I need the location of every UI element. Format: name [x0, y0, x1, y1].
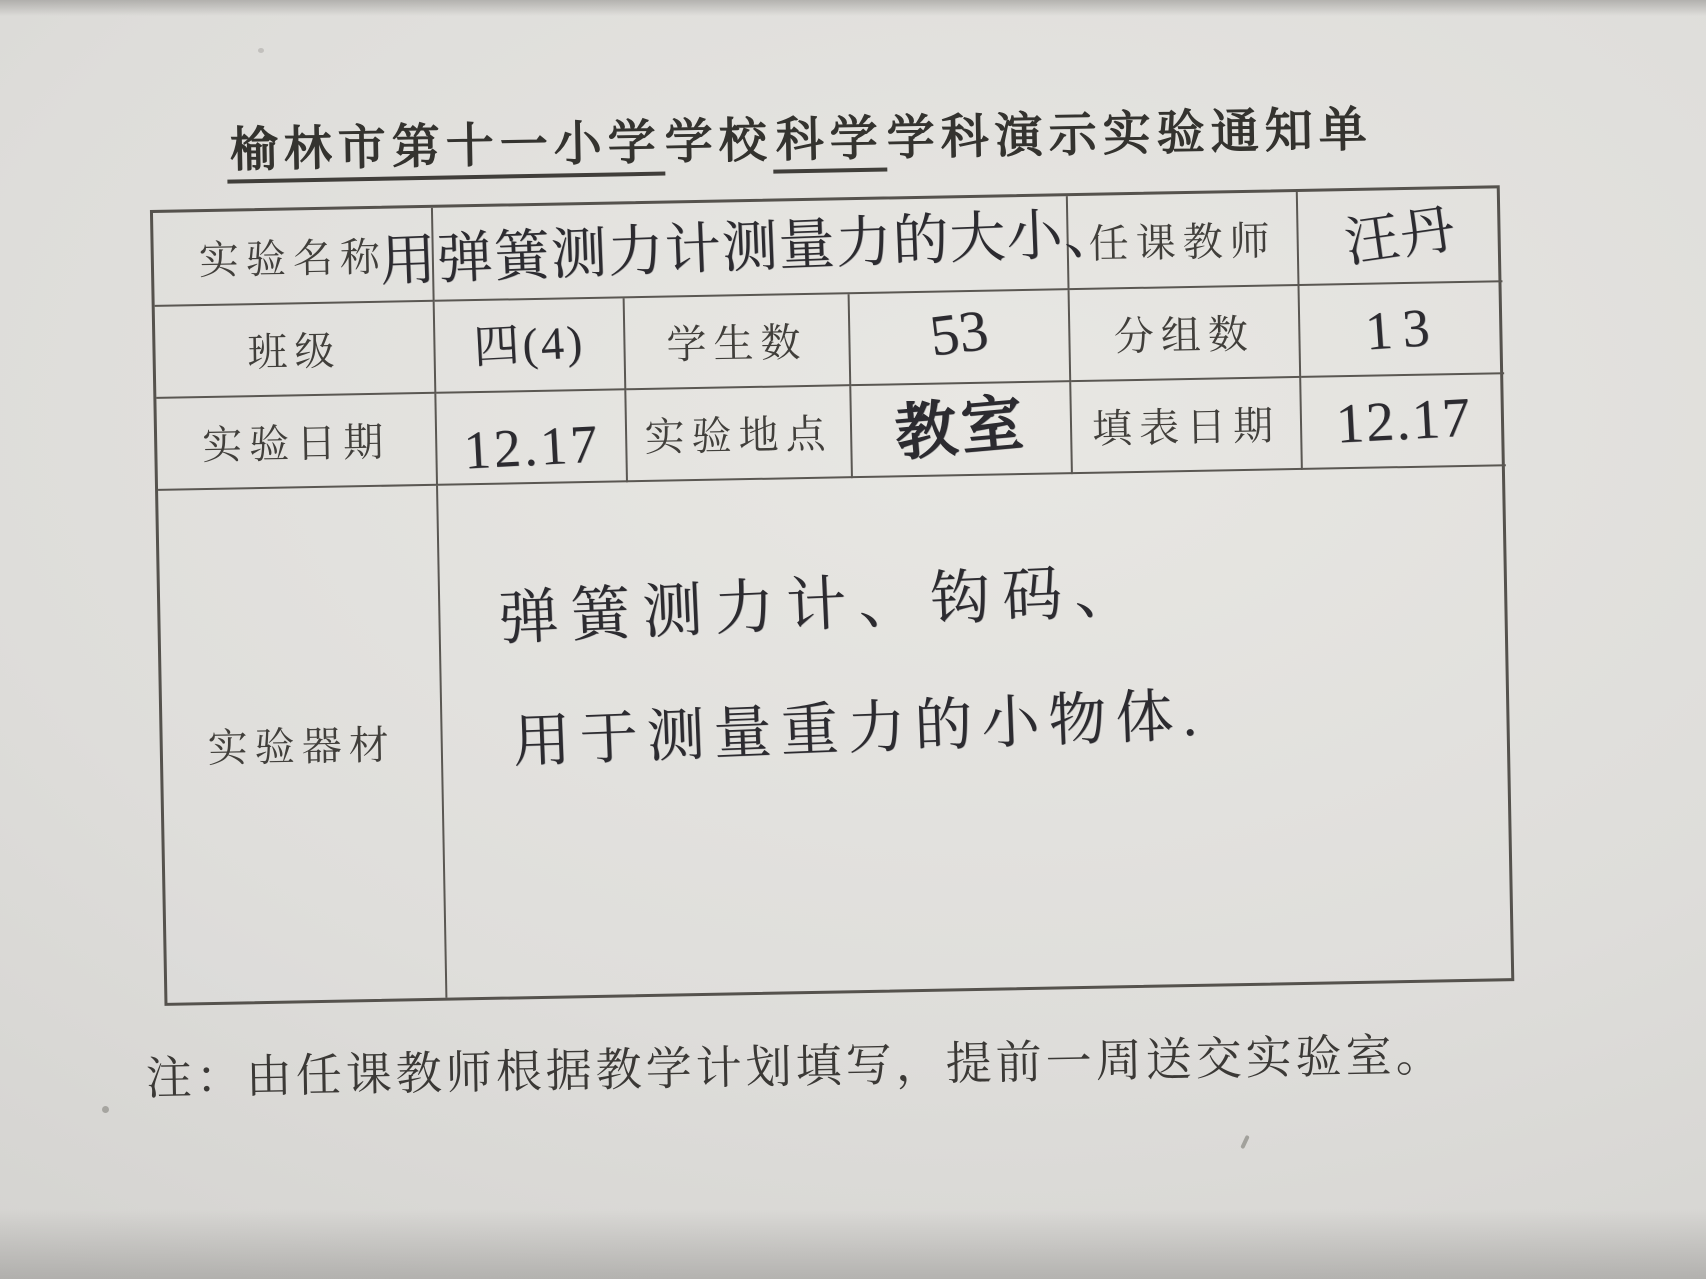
value-class: 四(4)	[435, 298, 627, 393]
paper-speck	[258, 48, 264, 53]
handwritten-student-count: 53	[927, 300, 992, 365]
handwritten-experiment-location: 教室	[893, 392, 1030, 465]
value-teacher: 汪丹	[1298, 188, 1503, 286]
value-experiment-location: 教室	[851, 382, 1073, 478]
title-school-suffix: 学校	[664, 115, 773, 170]
handwritten-fill-date: 12.17	[1334, 389, 1473, 452]
value-equipment: 弹簧测力计、钩码、 用于测量重力的小物体.	[438, 466, 1515, 997]
experiment-notice-table: 实验名称 用弹簧测力计测量力的大小、 任课教师 汪丹 班级 四(4) 学生数 5…	[150, 185, 1514, 1006]
handwritten-equipment-line-1: 弹簧测力计、钩码、	[497, 560, 1147, 649]
handwritten-class: 四(4)	[472, 319, 586, 371]
value-experiment-name: 用弹簧测力计测量力的大小、	[433, 196, 1070, 302]
label-student-count: 学生数	[625, 294, 852, 390]
paper-speck	[102, 1106, 109, 1113]
handwritten-teacher-signature: 汪丹	[1341, 201, 1459, 270]
paper-speck	[1240, 1135, 1250, 1149]
value-fill-date: 12.17	[1301, 374, 1506, 470]
value-student-count: 53	[850, 290, 1072, 386]
handwritten-experiment-date: 12.17	[462, 416, 601, 477]
handwritten-experiment-name: 用弹簧测力计测量力的大小、	[379, 205, 1122, 290]
value-experiment-date: 12.17	[436, 390, 628, 485]
handwritten-group-count: 13	[1363, 299, 1441, 358]
label-experiment-date: 实验日期	[156, 393, 438, 490]
label-teacher: 任课教师	[1068, 192, 1300, 290]
label-group-count: 分组数	[1070, 286, 1302, 382]
handwritten-equipment-line-2: 用于测量重力的小物体.	[512, 686, 1207, 771]
form-title: 榆林市第十一小学学校科学学科演示实验通知单	[124, 100, 1475, 182]
form-sheet: 榆林市第十一小学学校科学学科演示实验通知单 实验名称 用弹簧测力计测量力的大小、…	[146, 0, 1516, 1107]
title-school-name: 榆林市第十一小学	[226, 117, 665, 184]
label-equipment: 实验器材	[158, 485, 447, 1002]
label-class: 班级	[155, 301, 437, 398]
label-fill-date: 填表日期	[1071, 378, 1303, 474]
title-subject-name: 科学	[772, 112, 887, 173]
value-group-count: 13	[1300, 282, 1505, 378]
footnote: 注：由任课教师根据教学计划填写，提前一周送交实验室。	[145, 1017, 1516, 1108]
title-rest: 学科演示实验通知单	[886, 104, 1373, 166]
label-experiment-location: 实验地点	[626, 386, 853, 482]
